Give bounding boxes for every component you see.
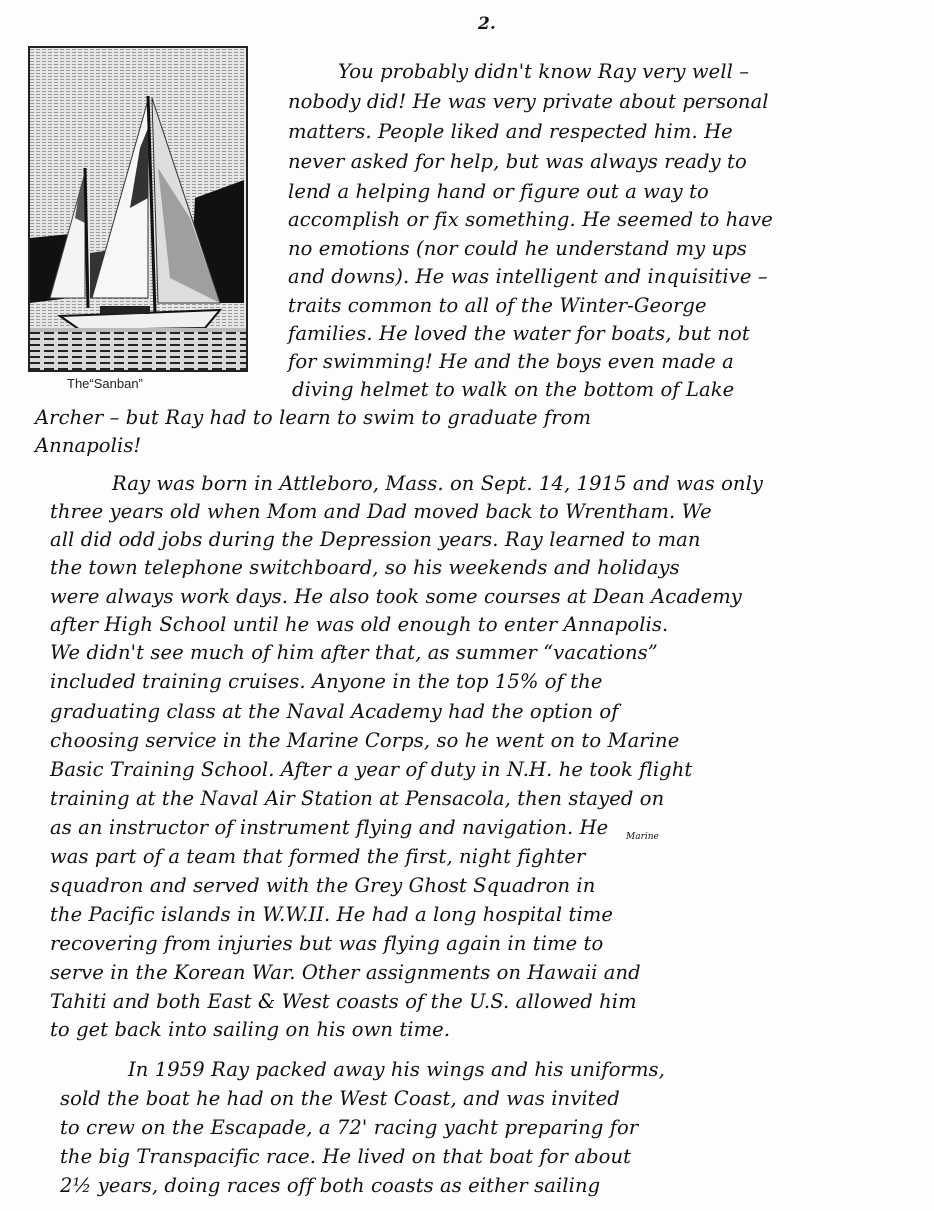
text-line: accomplish or fix something. He seemed t… [288, 208, 773, 231]
text-line: diving helmet to walk on the bottom of L… [292, 378, 734, 401]
text-line: to crew on the Escapade, a 72' racing ya… [60, 1116, 638, 1139]
text-line: Basic Training School. After a year of d… [50, 758, 692, 781]
text-line: was part of a team that formed the first… [50, 845, 585, 868]
photo-caption: The“Sanban” [67, 376, 143, 391]
text-line: 2½ years, doing races off both coasts as… [60, 1174, 600, 1197]
text-line: were always work days. He also took some… [50, 585, 742, 608]
text-line: graduating class at the Naval Academy ha… [50, 700, 619, 723]
text-line: lend a helping hand or figure out a way … [288, 180, 709, 203]
text-line: Ray was born in Attleboro, Mass. on Sept… [112, 472, 763, 495]
page-number: 2. [478, 14, 496, 34]
text-line: Archer – but Ray had to learn to swim to… [35, 406, 591, 429]
text-line: choosing service in the Marine Corps, so… [50, 729, 679, 752]
sailboat-image [30, 48, 246, 370]
text-line: Annapolis! [35, 434, 141, 457]
text-line: for swimming! He and the boys even made … [288, 350, 734, 373]
text-line: the town telephone switchboard, so his w… [50, 556, 680, 579]
text-line: recovering from injuries but was flying … [50, 932, 603, 955]
text-line: nobody did! He was very private about pe… [288, 90, 769, 113]
text-line: You probably didn't know Ray very well – [338, 60, 749, 83]
text-line: no emotions (nor could he understand my … [288, 237, 747, 260]
text-line: sold the boat he had on the West Coast, … [60, 1087, 620, 1110]
text-line: In 1959 Ray packed away his wings and hi… [128, 1058, 665, 1081]
text-line: serve in the Korean War. Other assignmen… [50, 961, 641, 984]
text-line: three years old when Mom and Dad moved b… [50, 500, 712, 523]
text-line: as an instructor of instrument flying an… [50, 816, 608, 839]
sailboat-photo [28, 46, 248, 372]
text-line: included training cruises. Anyone in the… [50, 670, 602, 693]
inserted-word: Marine [626, 832, 659, 842]
text-line: We didn't see much of him after that, as… [50, 641, 658, 664]
text-line: all did odd jobs during the Depression y… [50, 528, 701, 551]
text-line: squadron and served with the Grey Ghost … [50, 874, 595, 897]
text-line: the Pacific islands in W.W.II. He had a … [50, 903, 613, 926]
text-line: and downs). He was intelligent and inqui… [288, 265, 768, 288]
text-line: the big Transpacific race. He lived on t… [60, 1145, 631, 1168]
text-line: families. He loved the water for boats, … [288, 322, 750, 345]
text-line: after High School until he was old enoug… [50, 613, 668, 636]
text-line: training at the Naval Air Station at Pen… [50, 787, 664, 810]
text-line: Tahiti and both East & West coasts of th… [50, 990, 637, 1013]
text-line: matters. People liked and respected him.… [288, 120, 733, 143]
text-line: to get back into sailing on his own time… [50, 1018, 450, 1041]
text-line: traits common to all of the Winter-Georg… [288, 294, 707, 317]
text-line: never asked for help, but was always rea… [288, 150, 747, 173]
